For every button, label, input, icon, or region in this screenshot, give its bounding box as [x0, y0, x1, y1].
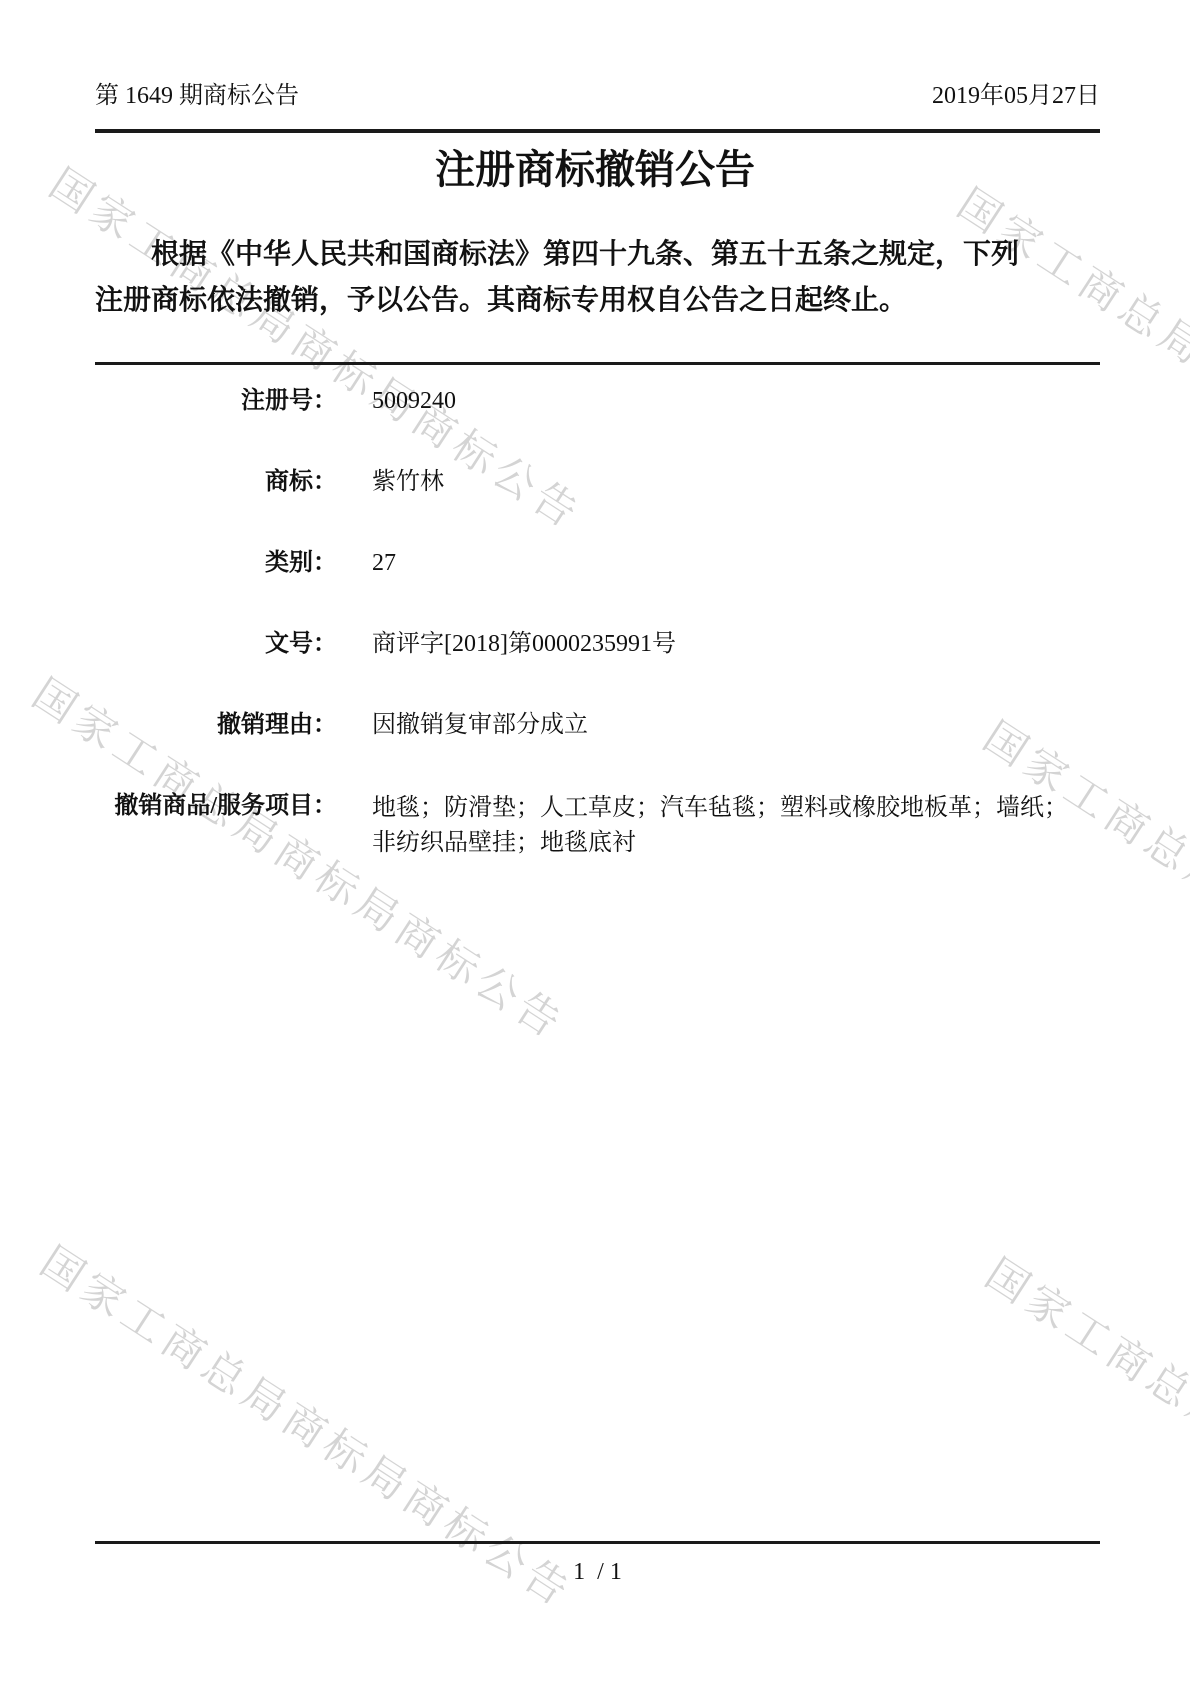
field-value-document-number: 商评字[2018]第0000235991号: [372, 629, 676, 660]
goods-line-1: 地毯；防滑垫；人工草皮；汽车毡毯；塑料或橡胶地板革；墙纸；: [372, 791, 1068, 826]
field-row-document-number: 文号： 商评字[2018]第0000235991号: [95, 629, 1100, 660]
field-value-registration-number: 5009240: [372, 386, 456, 417]
intro-line-1: 根据《中华人民共和国商标法》第四十九条、第五十五条之规定，下列: [95, 232, 1100, 278]
page-indicator: 1 / 1: [95, 1544, 1100, 1586]
field-label-document-number: 文号：: [95, 629, 337, 660]
field-value-cancelled-goods-services: 地毯；防滑垫；人工草皮；汽车毡毯；塑料或橡胶地板革；墙纸； 非纺织品壁挂；地毯底…: [372, 791, 1068, 861]
intro-line-2: 注册商标依法撤销，予以公告。其商标专用权自公告之日起终止。: [95, 278, 1100, 324]
field-row-cancelled-goods-services: 撤销商品/服务项目： 地毯；防滑垫；人工草皮；汽车毡毯；塑料或橡胶地板革；墙纸；…: [95, 791, 1100, 861]
field-value-class: 27: [372, 548, 396, 579]
field-row-class: 类别： 27: [95, 548, 1100, 579]
field-value-cancellation-reason: 因撤销复审部分成立: [372, 710, 588, 741]
content-layer: 第 1649 期商标公告 2019年05月27日 注册商标撤销公告 根据《中华人…: [0, 0, 1190, 1684]
page-footer: 1 / 1: [95, 1541, 1100, 1586]
field-label-registration-number: 注册号：: [95, 386, 337, 417]
gazette-issue-label: 第 1649 期商标公告: [95, 82, 299, 110]
field-label-trademark: 商标：: [95, 467, 337, 498]
field-row-cancellation-reason: 撤销理由： 因撤销复审部分成立: [95, 710, 1100, 741]
field-row-registration-number: 注册号： 5009240: [95, 386, 1100, 417]
gazette-date: 2019年05月27日: [932, 82, 1100, 110]
intro-paragraph: 根据《中华人民共和国商标法》第四十九条、第五十五条之规定，下列 注册商标依法撤销…: [95, 232, 1100, 324]
field-label-cancellation-reason: 撤销理由：: [95, 710, 337, 741]
goods-line-2: 非纺织品壁挂；地毯底衬: [372, 826, 1068, 861]
gazette-page: 国家工商总局商标局商标公告 国家工商总局商标局商标公告 国家工商总局商标局商标公…: [0, 0, 1190, 1684]
field-label-class: 类别：: [95, 548, 337, 579]
field-label-cancelled-goods-services: 撤销商品/服务项目：: [95, 791, 337, 822]
field-row-trademark: 商标： 紫竹林: [95, 467, 1100, 498]
field-value-trademark: 紫竹林: [372, 467, 444, 498]
page-header: 第 1649 期商标公告 2019年05月27日: [95, 82, 1100, 133]
page-title: 注册商标撤销公告: [0, 146, 1190, 194]
section-divider: [95, 362, 1100, 365]
fields-list: 注册号： 5009240 商标： 紫竹林 类别： 27 文号： 商评字[2018…: [95, 386, 1100, 911]
